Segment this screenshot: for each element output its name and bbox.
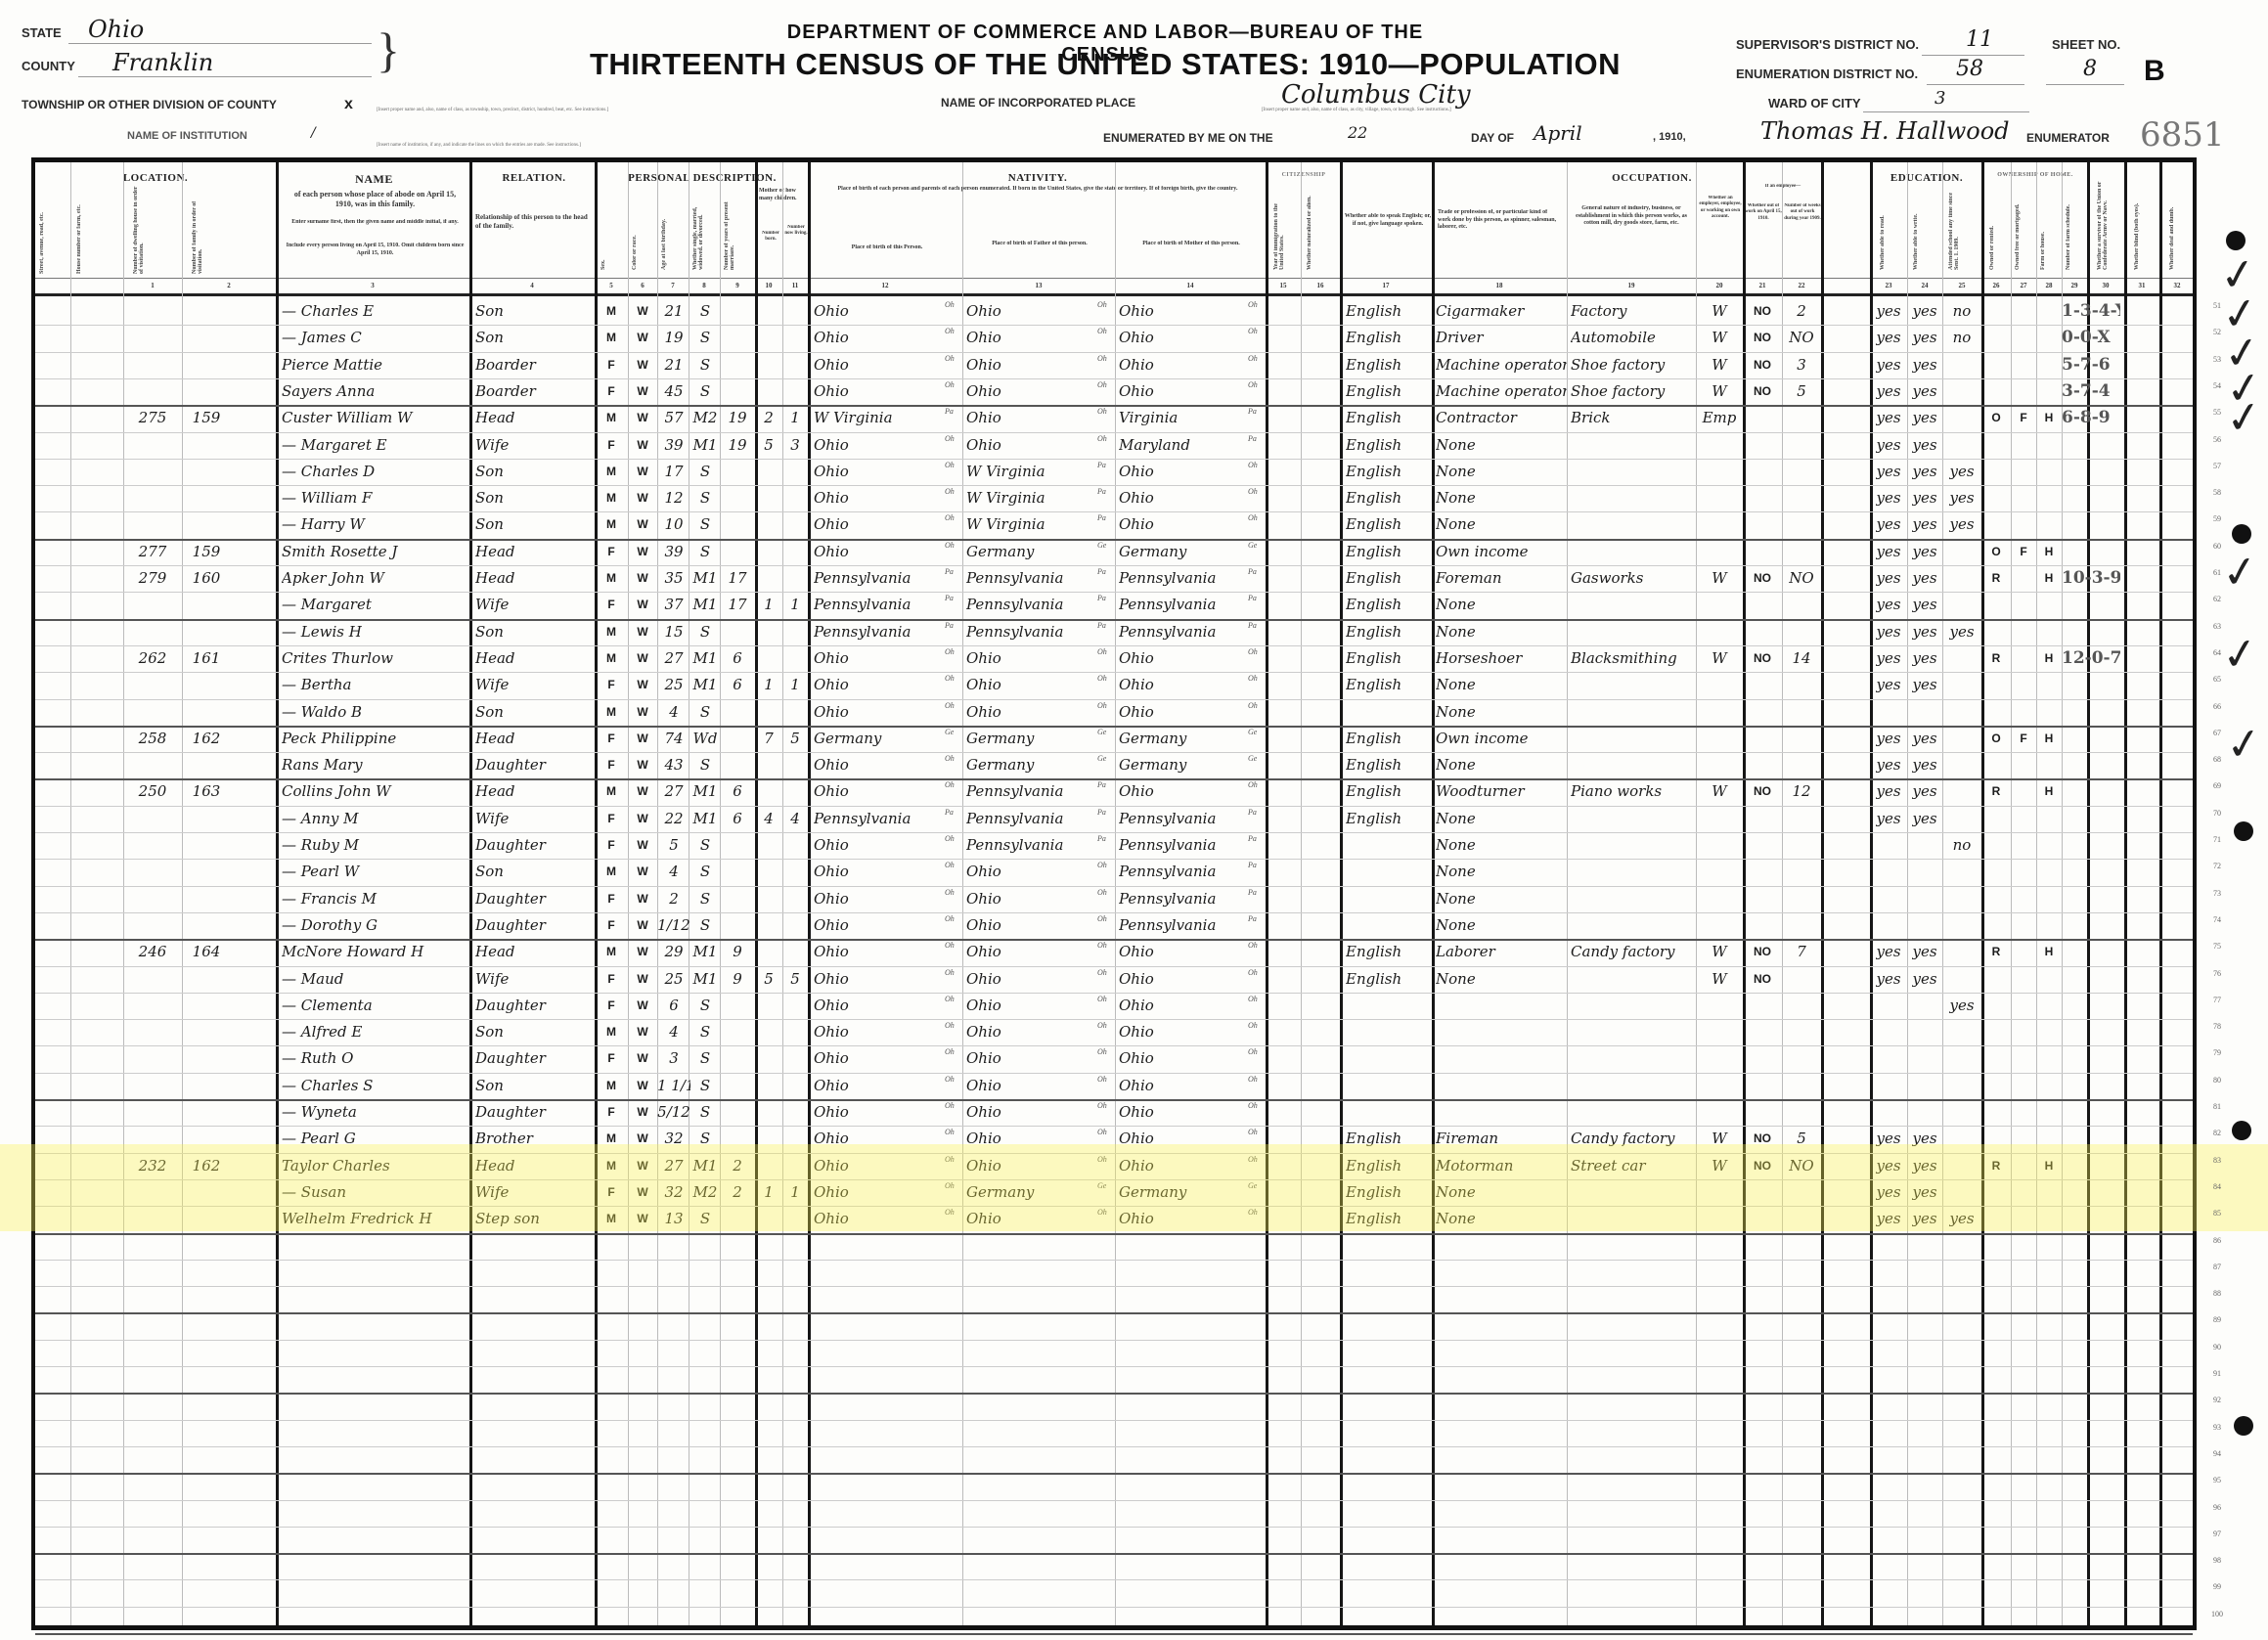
cell-read: yes	[1870, 645, 1907, 672]
cell-read: yes	[1870, 806, 1907, 832]
birthplace-code: Oh	[1248, 1208, 1258, 1217]
birthplace-code: Pa	[945, 621, 954, 630]
cell-pob-f: Germany	[966, 752, 1113, 778]
cell-farm	[2036, 1045, 2062, 1072]
enumerator-label: ENUMERATOR	[2026, 131, 2110, 145]
name-desc-3: Include every person living on April 15,…	[285, 243, 466, 257]
cell-years	[720, 1126, 755, 1152]
cell-pob: Ohio	[814, 912, 960, 939]
cell-living	[782, 912, 808, 939]
cell-own: O	[1981, 726, 2011, 752]
cell-trade: None	[1436, 912, 1567, 939]
column-number: 10	[755, 282, 782, 289]
column-number: 4	[469, 282, 595, 289]
birthplace-code: Oh	[1097, 434, 1107, 443]
cell-years: 6	[720, 645, 755, 672]
line-number: 83	[2206, 1156, 2228, 1165]
cell-emp: W	[1696, 378, 1743, 405]
cell-trade	[1436, 993, 1567, 1019]
column-number: 17	[1340, 282, 1432, 289]
cell-sex: M	[595, 1206, 628, 1232]
cell-read: yes	[1870, 752, 1907, 778]
birthplace-code: Oh	[945, 941, 955, 950]
birthplace-code: Oh	[1097, 1047, 1107, 1056]
line-number: 72	[2206, 862, 2228, 870]
cell-industry	[1571, 1045, 1696, 1072]
cell-read	[1870, 859, 1907, 885]
cell-born: 4	[755, 806, 782, 832]
cell-age: 25	[657, 672, 690, 698]
cell-sched	[2062, 832, 2120, 859]
cell-sched	[2062, 592, 2120, 618]
cell-living	[782, 352, 808, 378]
cell-name: Taylor Charles	[282, 1153, 469, 1179]
cell-sched: 3-7-4	[2062, 378, 2120, 405]
cell-living	[782, 565, 808, 592]
birthplace-code: Oh	[1097, 861, 1107, 869]
cell-sex: M	[595, 699, 628, 726]
column-number: 5	[595, 282, 628, 289]
cell-race: W	[628, 886, 657, 912]
cell-marital: M2	[689, 1179, 722, 1206]
cell-out	[1743, 752, 1782, 778]
line-number: 89	[2206, 1315, 2228, 1324]
cell-farm	[2036, 993, 2062, 1019]
cell-name: Smith Rosette J	[282, 539, 469, 565]
cell-trade: Horseshoer	[1436, 645, 1567, 672]
cell-write: yes	[1907, 378, 1942, 405]
cell-english: English	[1346, 1153, 1434, 1179]
cell-race: W	[628, 645, 657, 672]
cell-trade: Own income	[1436, 726, 1567, 752]
cell-race: W	[628, 752, 657, 778]
cell-age: 4	[657, 1019, 690, 1045]
cell-dwelling: 246	[123, 939, 182, 965]
cell-age: 2	[657, 886, 690, 912]
line-number: 66	[2206, 702, 2228, 711]
birthplace-code: Pa	[1248, 621, 1257, 630]
line-number: 95	[2206, 1476, 2228, 1485]
cell-out: NO	[1743, 778, 1782, 805]
punch-hole-icon	[2234, 821, 2253, 841]
cell-free: F	[2011, 539, 2036, 565]
cell-race: W	[628, 1179, 657, 1206]
col-street-header: Street, avenue, road, etc.	[39, 186, 51, 274]
cell-living	[782, 1073, 808, 1099]
cell-marital: M1	[689, 939, 722, 965]
col32-header: Whether deaf and dumb.	[2169, 172, 2179, 270]
cell-race: W	[628, 993, 657, 1019]
col23-header: Whether able to read.	[1880, 192, 1890, 270]
cell-marital: S	[689, 1019, 722, 1045]
cell-years	[720, 619, 755, 645]
cell-race: W	[628, 539, 657, 565]
institution-value: /	[311, 125, 316, 141]
cell-age: 39	[657, 432, 690, 459]
cell-school	[1942, 699, 1981, 726]
cell-marital: S	[689, 993, 722, 1019]
cell-marital: S	[689, 619, 722, 645]
cell-farm	[2036, 298, 2062, 325]
col-house-header: House number or farm, etc.	[76, 186, 88, 274]
cell-free	[2011, 1019, 2036, 1045]
cell-own	[1981, 619, 2011, 645]
cell-living: 3	[782, 432, 808, 459]
cell-industry	[1571, 699, 1696, 726]
cell-marital: S	[689, 378, 722, 405]
cell-age: 4	[657, 699, 690, 726]
cell-living	[782, 1206, 808, 1232]
line-number: 96	[2206, 1503, 2228, 1512]
birthplace-code: Ge	[1097, 754, 1106, 763]
cell-dwelling	[123, 325, 182, 351]
cell-race: W	[628, 619, 657, 645]
cell-emp	[1696, 699, 1743, 726]
cell-industry: Brick	[1571, 405, 1696, 431]
cell-sex: M	[595, 778, 628, 805]
cell-name: — Ruth O	[282, 1045, 469, 1072]
cell-relation: Wife	[475, 806, 595, 832]
cell-sched	[2062, 485, 2120, 511]
birthplace-code: Oh	[945, 888, 955, 897]
cell-pob-m: Germany	[1119, 539, 1264, 565]
cell-own	[1981, 1099, 2011, 1126]
cell-industry	[1571, 459, 1696, 485]
birthplace-code: Pa	[1248, 594, 1257, 602]
cell-school	[1942, 645, 1981, 672]
cell-read	[1870, 699, 1907, 726]
cell-free	[2011, 378, 2036, 405]
cell-sched	[2062, 1019, 2120, 1045]
cell-industry	[1571, 1019, 1696, 1045]
cell-pob-f: Ohio	[966, 298, 1113, 325]
cell-pob-m: Maryland	[1119, 432, 1264, 459]
cell-english	[1346, 1019, 1434, 1045]
cell-weeks: NO	[1782, 1153, 1821, 1179]
state-value: Ohio	[88, 16, 144, 43]
cell-age: 5/12	[657, 1099, 690, 1126]
cell-read: yes	[1870, 778, 1907, 805]
cell-school: yes	[1942, 993, 1981, 1019]
birthplace-code: Oh	[945, 861, 955, 869]
cell-industry	[1571, 886, 1696, 912]
cell-living	[782, 1099, 808, 1126]
cell-farm: H	[2036, 539, 2062, 565]
cell-sex: M	[595, 1019, 628, 1045]
cell-school	[1942, 1126, 1981, 1152]
cell-school	[1942, 592, 1981, 618]
cell-write: yes	[1907, 1153, 1942, 1179]
birthplace-code: Oh	[1248, 1021, 1258, 1030]
cell-emp	[1696, 859, 1743, 885]
cell-living	[782, 459, 808, 485]
cell-weeks	[1782, 966, 1821, 993]
cell-living: 4	[782, 806, 808, 832]
cell-family: 160	[182, 565, 231, 592]
cell-years: 6	[720, 778, 755, 805]
cell-dwelling	[123, 672, 182, 698]
cell-race: W	[628, 966, 657, 993]
cell-years: 6	[720, 806, 755, 832]
cell-pob-f: Ohio	[966, 699, 1113, 726]
enumeration-value: 58	[1956, 57, 1983, 81]
cell-family	[182, 485, 231, 511]
birthplace-code: Oh	[1097, 701, 1107, 710]
cell-out	[1743, 1073, 1782, 1099]
cell-pob: Ohio	[814, 699, 960, 726]
incorporated-place-value: Columbus City	[1281, 80, 1471, 110]
column-number: 2	[182, 282, 276, 289]
cell-born	[755, 886, 782, 912]
cell-school	[1942, 1153, 1981, 1179]
line-number: 98	[2206, 1556, 2228, 1565]
column-number: 27	[2011, 282, 2036, 289]
cell-dwelling	[123, 619, 182, 645]
cell-family: 161	[182, 645, 231, 672]
cell-free	[2011, 832, 2036, 859]
cell-race: W	[628, 405, 657, 431]
col26-header: Owned or rented.	[1989, 192, 1999, 270]
cell-write: yes	[1907, 485, 1942, 511]
cell-out	[1743, 485, 1782, 511]
cell-years	[720, 832, 755, 859]
cell-write	[1907, 1019, 1942, 1045]
cell-name: — Francis M	[282, 886, 469, 912]
cell-free	[2011, 432, 2036, 459]
cell-pob: Ohio	[814, 511, 960, 538]
cell-industry: Piano works	[1571, 778, 1696, 805]
cell-sex: F	[595, 539, 628, 565]
cell-school: no	[1942, 325, 1981, 351]
birthplace-code: Oh	[945, 834, 955, 843]
cell-pob: Ohio	[814, 1179, 960, 1206]
cell-pob-f: Ohio	[966, 1099, 1113, 1126]
cell-race: W	[628, 912, 657, 939]
cell-own: R	[1981, 778, 2011, 805]
cell-age: 37	[657, 592, 690, 618]
cell-sex: F	[595, 1179, 628, 1206]
cell-relation: Son	[475, 325, 595, 351]
cell-relation: Son	[475, 619, 595, 645]
cell-out	[1743, 1206, 1782, 1232]
cell-born	[755, 565, 782, 592]
cell-free	[2011, 352, 2036, 378]
cell-industry	[1571, 619, 1696, 645]
cell-relation: Daughter	[475, 1099, 595, 1126]
cell-pob: Ohio	[814, 1019, 960, 1045]
cell-name: — Ruby M	[282, 832, 469, 859]
cell-write: yes	[1907, 1126, 1942, 1152]
cell-dwelling	[123, 511, 182, 538]
cell-farm	[2036, 459, 2062, 485]
cell-write: yes	[1907, 539, 1942, 565]
cell-dwelling	[123, 432, 182, 459]
cell-industry	[1571, 592, 1696, 618]
cell-farm: H	[2036, 565, 2062, 592]
cell-marital: S	[689, 1126, 722, 1152]
cell-race: W	[628, 1019, 657, 1045]
cell-write: yes	[1907, 405, 1942, 431]
cell-own	[1981, 806, 2011, 832]
cell-name: Apker John W	[282, 565, 469, 592]
cell-own	[1981, 378, 2011, 405]
birthplace-code: Oh	[1248, 513, 1258, 522]
cell-age: 21	[657, 352, 690, 378]
cell-age: 19	[657, 325, 690, 351]
name-desc-2: Enter surname first, then the given name…	[285, 219, 466, 227]
birthplace-code: Oh	[945, 380, 955, 389]
cell-emp	[1696, 485, 1743, 511]
birthplace-code: Pa	[1097, 487, 1106, 496]
cell-read: yes	[1870, 432, 1907, 459]
cell-trade: Driver	[1436, 325, 1567, 351]
cell-marital: S	[689, 699, 722, 726]
cell-trade: Machine operator	[1436, 378, 1567, 405]
cell-read: yes	[1870, 672, 1907, 698]
cell-sex: M	[595, 1126, 628, 1152]
cell-family	[182, 832, 231, 859]
divider-nativity-citizenship	[1266, 162, 1268, 1625]
cell-age: 45	[657, 378, 690, 405]
cell-race: W	[628, 778, 657, 805]
cell-name: — Clementa	[282, 993, 469, 1019]
cell-name: Crites Thurlow	[282, 645, 469, 672]
cell-free	[2011, 1206, 2036, 1232]
cell-marital: M1	[689, 672, 722, 698]
cell-own	[1981, 298, 2011, 325]
cell-free	[2011, 1099, 2036, 1126]
cell-english: English	[1346, 806, 1434, 832]
cell-emp	[1696, 672, 1743, 698]
birthplace-code: Oh	[945, 1047, 955, 1056]
cell-marital: M2	[689, 405, 722, 431]
column-number: 28	[2036, 282, 2062, 289]
cell-read	[1870, 832, 1907, 859]
cell-english: English	[1346, 352, 1434, 378]
cell-relation: Son	[475, 1019, 595, 1045]
cell-weeks	[1782, 912, 1821, 939]
cell-sex: F	[595, 726, 628, 752]
col10-header: Number born.	[759, 231, 782, 244]
cell-free	[2011, 966, 2036, 993]
cell-race: W	[628, 806, 657, 832]
cell-trade: None	[1436, 592, 1567, 618]
line-number: 92	[2206, 1396, 2228, 1404]
cell-pob-f: Pennsylvania	[966, 832, 1113, 859]
cell-pob-m: Pennsylvania	[1119, 592, 1264, 618]
cell-write: yes	[1907, 352, 1942, 378]
cell-english: English	[1346, 966, 1434, 993]
cell-own	[1981, 1179, 2011, 1206]
cell-school	[1942, 352, 1981, 378]
cell-pob-m: Pennsylvania	[1119, 619, 1264, 645]
cell-relation: Wife	[475, 966, 595, 993]
cell-pob: Ohio	[814, 832, 960, 859]
cell-read	[1870, 1045, 1907, 1072]
punch-hole-icon	[2226, 231, 2246, 250]
cell-family	[182, 1045, 231, 1072]
state-label: STATE	[22, 25, 62, 40]
line-number: 93	[2206, 1423, 2228, 1432]
cell-name: — Alfred E	[282, 1019, 469, 1045]
cell-write: yes	[1907, 778, 1942, 805]
birthplace-code: Pa	[1248, 407, 1257, 416]
cell-sched	[2062, 806, 2120, 832]
cell-school	[1942, 1073, 1981, 1099]
cell-sched	[2062, 1126, 2120, 1152]
cell-pob: Ohio	[814, 1045, 960, 1072]
cell-write: yes	[1907, 432, 1942, 459]
cell-years	[720, 699, 755, 726]
cell-industry	[1571, 539, 1696, 565]
cell-industry	[1571, 1073, 1696, 1099]
cell-trade	[1436, 1019, 1567, 1045]
cell-family: 162	[182, 726, 231, 752]
birthplace-code: Pa	[945, 808, 954, 817]
divider-employee-weeks	[1821, 162, 1824, 1625]
cell-pob: Pennsylvania	[814, 806, 960, 832]
cell-sex: F	[595, 432, 628, 459]
cell-english	[1346, 912, 1434, 939]
cell-pob-f: W Virginia	[966, 459, 1113, 485]
cell-emp: W	[1696, 298, 1743, 325]
line-number: 99	[2206, 1582, 2228, 1591]
cell-weeks: NO	[1782, 565, 1821, 592]
cell-race: W	[628, 565, 657, 592]
cell-pob-f: Ohio	[966, 912, 1113, 939]
cell-sex: F	[595, 912, 628, 939]
cell-english	[1346, 993, 1434, 1019]
cell-pob-m: Virginia	[1119, 405, 1264, 431]
cell-emp	[1696, 726, 1743, 752]
cell-weeks	[1782, 672, 1821, 698]
cell-sex: F	[595, 993, 628, 1019]
cell-school: yes	[1942, 511, 1981, 538]
cell-dwelling	[123, 806, 182, 832]
cell-years	[720, 378, 755, 405]
cell-industry: Gasworks	[1571, 565, 1696, 592]
cell-age: 5	[657, 832, 690, 859]
cell-living	[782, 778, 808, 805]
cell-sex: F	[595, 752, 628, 778]
cell-marital: S	[689, 886, 722, 912]
cell-industry: Candy factory	[1571, 939, 1696, 965]
cell-english: English	[1346, 592, 1434, 618]
cell-pob: Ohio	[814, 378, 960, 405]
cell-race: W	[628, 1206, 657, 1232]
column-number: 9	[720, 282, 755, 289]
cell-emp: W	[1696, 1153, 1743, 1179]
cell-write: yes	[1907, 325, 1942, 351]
cell-born	[755, 1073, 782, 1099]
cell-english: English	[1346, 511, 1434, 538]
cell-living	[782, 1019, 808, 1045]
cell-industry	[1571, 966, 1696, 993]
cell-out	[1743, 1179, 1782, 1206]
cell-sex: M	[595, 619, 628, 645]
cell-free	[2011, 859, 2036, 885]
cell-marital: S	[689, 352, 722, 378]
cell-living: 1	[782, 592, 808, 618]
cell-marital: S	[689, 459, 722, 485]
cell-relation: Brother	[475, 1126, 595, 1152]
cell-out	[1743, 912, 1782, 939]
cell-marital: S	[689, 912, 722, 939]
cell-dwelling	[123, 298, 182, 325]
cell-living	[782, 699, 808, 726]
cell-trade: None	[1436, 966, 1567, 993]
cell-free	[2011, 459, 2036, 485]
